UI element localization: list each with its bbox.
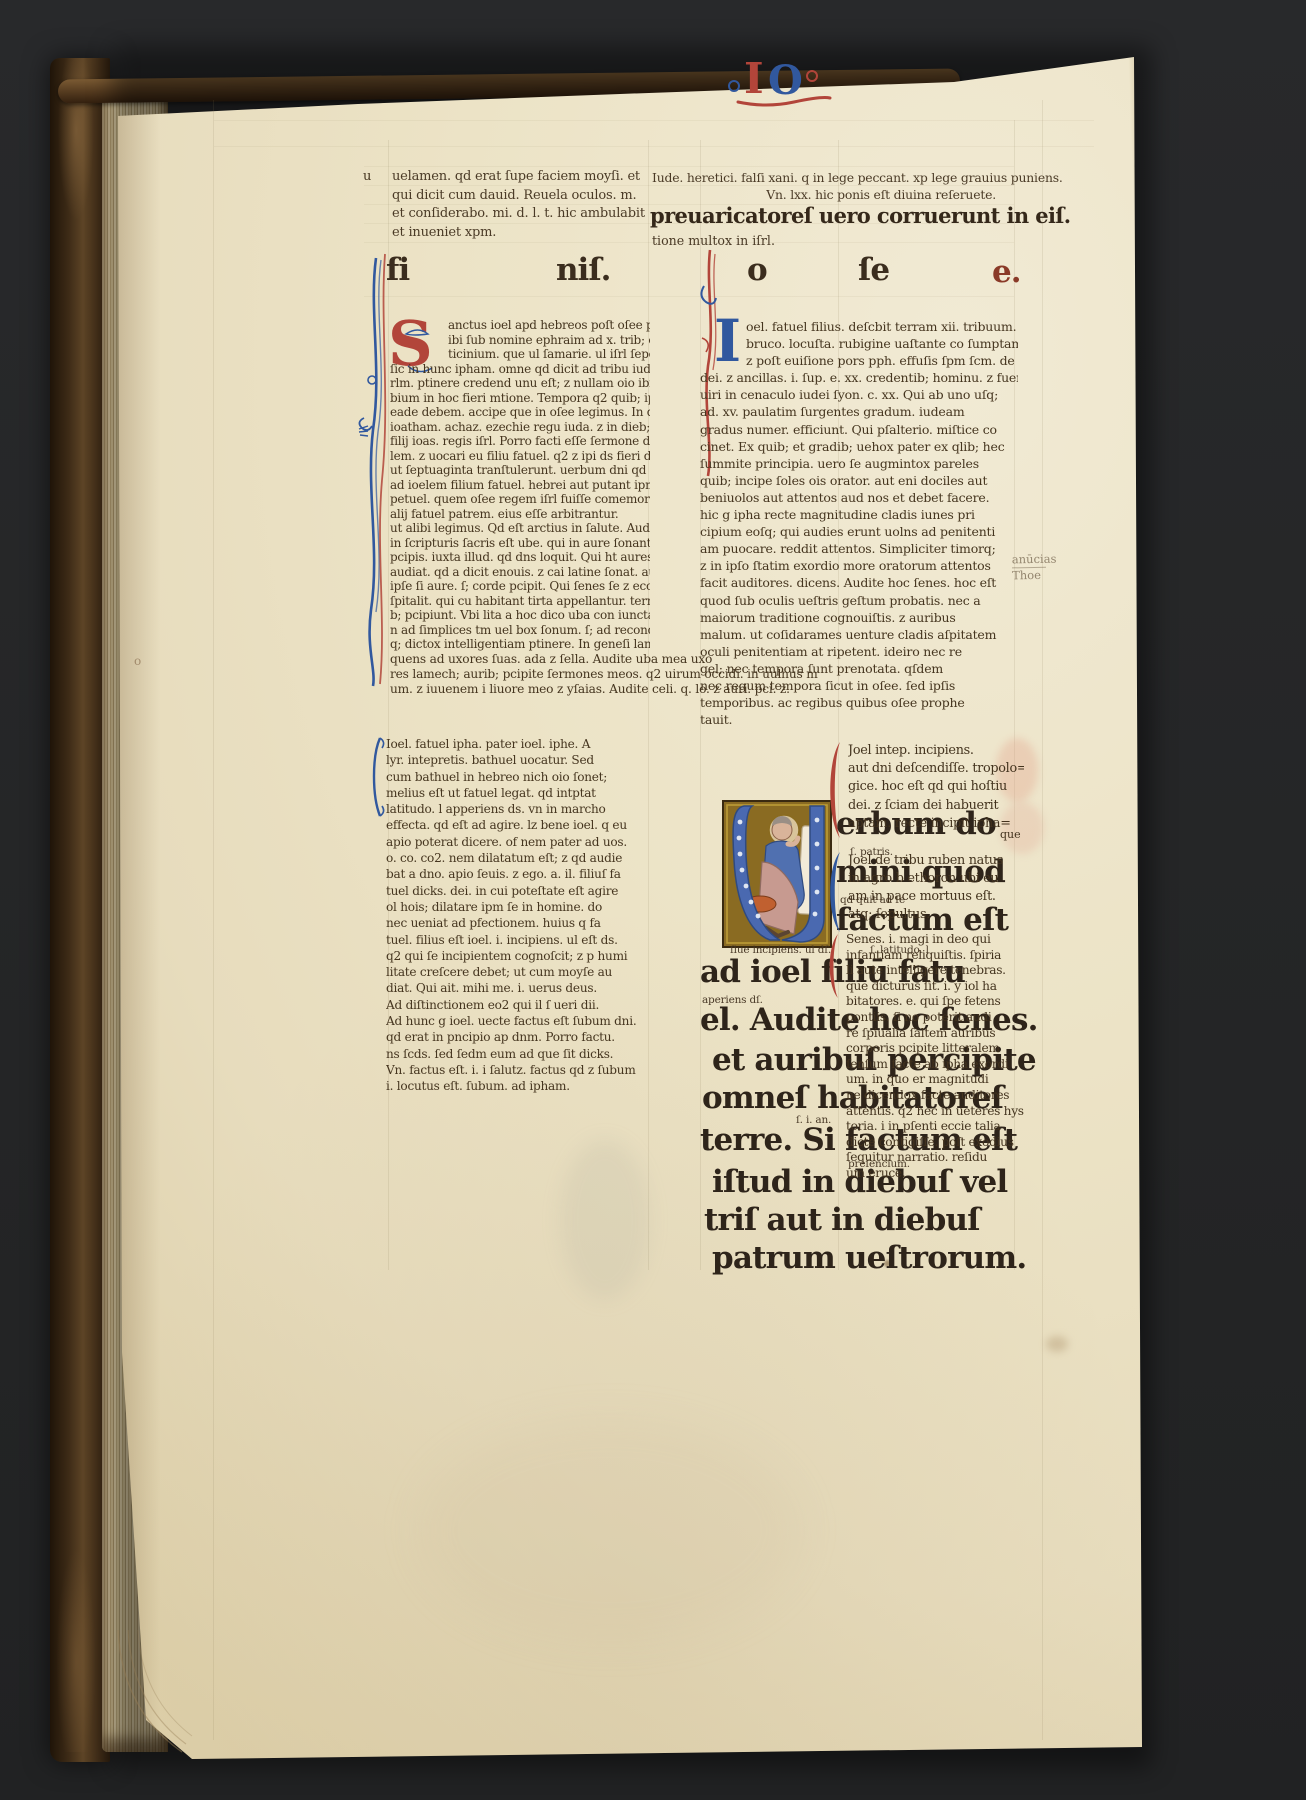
text-line: ticinium. que ul ſamarie. ul iſrl ſepe m…	[390, 347, 650, 362]
text-line: eade debem. accipe que in oſee legimus. …	[390, 405, 650, 420]
running-word-e: e.	[992, 254, 1021, 290]
text-line: ut ſeptuaginta tranſtulerunt. uerbum dni…	[390, 463, 650, 478]
text-line: in ſcripturis ſacris eſt ube. qui in aur…	[390, 536, 650, 551]
gloss-line: uelamen. qd erat ſupe faciem moyſi. et	[392, 168, 654, 187]
foxing-stain	[1046, 1336, 1068, 1352]
gloss-line: et conſiderabo. mi. d. l. t. hic ambulab…	[392, 205, 654, 224]
gloss-line: qui dicit cum dauid. Reuela oculos. m.	[392, 187, 654, 206]
text-line: bium in hoc fieri mtione. Tempora q2 qui…	[390, 391, 650, 406]
gloss-line: aut dni deſcendiſſe. tropolo=	[848, 760, 1024, 778]
gloss-line: Joel intep. incipiens.	[848, 742, 1024, 760]
gloss-line: li aute intelligere tenebras.	[846, 963, 1026, 979]
blue-paraph-flourish	[364, 736, 388, 820]
text-line: malum. ut coſidarames uenture cladis aſp…	[700, 626, 1018, 643]
margin-note-line: Thoe	[1012, 567, 1046, 584]
text-line: ſummite principia. uero ſe augmintox par…	[700, 455, 1018, 472]
text-line: ol hois; dilatare ipm ſe in homine. do	[386, 899, 638, 915]
lection-line: triſ aut in diebuſ	[704, 1202, 980, 1238]
text-line: quod ſub oculis ueſtris geſtum probatis.…	[700, 592, 1018, 609]
text-line: apio poterat dicere. of nem pater ad uos…	[386, 834, 638, 850]
gloss-tail: que	[1000, 828, 1021, 841]
folio-red-ring	[806, 70, 818, 82]
text-line: Ad diſtinctionem eo2 qui il ſ ueri dii.	[386, 997, 638, 1013]
gloss-line: ſequitur narratio. reſidu	[846, 1150, 1026, 1166]
text-line: n ad ſimplices tm uel box ſonum. ſ; ad r…	[390, 623, 650, 638]
running-word-nis: niſ.	[556, 252, 610, 288]
text-line: i. locutus eſt. ſubum. ad ipham.	[386, 1078, 638, 1094]
ruling-vertical	[213, 100, 214, 1740]
text-line: oel. fatuel filius. deſcbit terram xii. …	[700, 318, 1018, 335]
text-line: cipium eoſq; qui audies erunt uolns ad p…	[700, 523, 1018, 540]
gloss-block-senes: Senes. i. magi in deo quiinfantiam reliq…	[846, 932, 1026, 1182]
gloss-block-joel-interp: Joel intep. incipiens.aut dni deſcendiſſ…	[848, 742, 1024, 833]
gloss-line: um. in quo er magnitudi	[846, 1072, 1026, 1088]
text-line: dei. z ancillas. i. ſup. e. xx. credenti…	[700, 369, 1018, 386]
text-line: gradus numer. efficiunt. Qui pſalterio. …	[700, 421, 1018, 438]
text-line: o. co. co2. nem dilatatum eſt; z qd audi…	[386, 850, 638, 866]
gloss-line: in agro b ethoron ubi eu	[848, 870, 1024, 888]
text-line: cum bathuel in hebreo nich oio ſonet;	[386, 769, 638, 785]
leather-spine	[50, 58, 110, 1762]
gloss-line: corporis pcipite litteralem	[846, 1041, 1026, 1057]
gloss-line: bitatores. e. qui ſpe fetens	[846, 994, 1026, 1010]
gloss-line: gice. hoc eſt qd qui hoſtiu	[848, 778, 1024, 796]
ruling-vertical	[1042, 100, 1043, 1740]
gloss-line: que dicturus ſit. i. y iol ha	[846, 979, 1026, 995]
text-line: effecta. qd eſt ad agire. lz bene ioel. …	[386, 817, 638, 833]
text-line: ipſe ſi aure. ſ; corde pcipit. Qui ſenes…	[390, 579, 650, 594]
text-line: ad ioelem filium fatuel. hebrei aut puta…	[390, 478, 650, 493]
text-line: um. z iuuenem i liuore meo z yſaias. Aud…	[390, 682, 818, 697]
text-line: res lamech; aurib; pcipite ſermones meos…	[390, 667, 818, 682]
text-line: anctus ioel apd hebreos poſt oſee ponitu…	[390, 318, 650, 333]
top-gloss-right-line1: Iude. heretici. falſi xani. q in lege pe…	[652, 170, 996, 185]
hosea-end-column: anctus ioel apd hebreos poſt oſee ponitu…	[390, 318, 650, 652]
ruling-horizontal	[364, 166, 1014, 167]
ruling-horizontal	[214, 146, 1094, 147]
text-line: ibi ſub nomine ephraim ad x. trib; confe…	[390, 333, 650, 348]
text-line: q2 qui ſe incipientem cognoſcit; z p hum…	[386, 948, 638, 964]
showthrough-ghost	[560, 1140, 650, 1300]
text-line: rlm. ptinere credend unu eſt; z nullam o…	[390, 376, 650, 391]
text-line: ſpitalit. qui cu habitant tirta appellan…	[390, 594, 650, 609]
text-line: ns ſcds. ſed ſedm eum ad que ſit dicks.	[386, 1046, 638, 1062]
gloss-line: am in pace mortuus eſt.	[848, 888, 1024, 906]
running-word-se: ſe	[858, 252, 889, 288]
text-line: Ad hunc g ioel. uecte factus eſt ſubum d…	[386, 1013, 638, 1029]
left-margin-mark: o	[134, 654, 141, 668]
text-line: latitudo. l apperiens ds. vn in marcho	[386, 801, 638, 817]
text-line: pcipis. iuxta illud. qd dns loquit. Qui …	[390, 550, 650, 565]
text-line: q; dictox intelligentiam ptinere. In gen…	[390, 637, 650, 652]
text-line: b; pcipiunt. Vbi lita a hoc dico uba con…	[390, 608, 650, 623]
lemma-display-heading: preuaricatoreſ uero corruerunt in eiſ.	[650, 203, 1071, 228]
text-line: am puocare. reddit attentos. Simpliciter…	[700, 540, 1018, 557]
wide-gloss-lines: quens ad uxores ſuas. ada z ſella. Audit…	[390, 652, 818, 697]
running-word-o: o	[747, 252, 767, 288]
text-line: Ioel. fatuel ipha. pater ioel. iphe. A	[386, 736, 638, 752]
gloss-line: Joel de tribu ruben natus	[848, 852, 1024, 870]
manuscript-photograph: { "palette": { "red": "#b2453a", "blue":…	[0, 0, 1306, 1800]
text-line: bat a dno. apio ſeuis. z ego. a. il. fil…	[386, 866, 638, 882]
red-bracket	[822, 742, 844, 838]
ruling-vertical	[648, 140, 649, 1270]
gloss-block-joel-tribe: Joel de tribu ruben natusin agro b ethor…	[848, 852, 1024, 924]
text-line: audiat. qd a dicit enouis. z cai latine …	[390, 565, 650, 580]
commentary-column: Ioel. fatuel ipha. pater ioel. iphe. Aly…	[386, 736, 638, 1095]
top-gloss-left: uelamen. qd erat ſupe faciem moyſi. etqu…	[392, 168, 654, 242]
text-line: z in ipſo ſtatim exordio more oratorum a…	[700, 557, 1018, 574]
parchment-mottling	[420, 1420, 800, 1640]
gloss-line: ſenſum facte ab ipha exordi	[846, 1057, 1026, 1073]
quire-marker: u	[363, 170, 371, 185]
gloss-line: atq; ſepultus.	[848, 906, 1024, 924]
text-line: ad. xv. paulatim ſurgentes gradum. iudea…	[700, 403, 1018, 420]
text-line: maiorum traditione cognouiſtis. z auribu…	[700, 609, 1018, 626]
text-line: bruco. locuſta. rubigine uaſtante co ſum…	[700, 335, 1018, 352]
gloss-line: pontiis. ſi no poterit audi	[846, 1010, 1026, 1026]
cursive-margin-note: anūcias Thoe	[1012, 552, 1057, 584]
text-line: quens ad uxores ſuas. ada z ſella. Audit…	[390, 652, 818, 667]
text-line: ioatham. achaz. ezechie regu iuda. z in …	[390, 420, 650, 435]
text-line: uiri in cenaculo iudei ſyon. c. xx. Qui …	[700, 386, 1018, 403]
text-line: quib; incipe ſoles ois orator. aut eni d…	[700, 472, 1018, 489]
text-line: lyr. intepretis. bathuel uocatur. Sed	[386, 752, 638, 768]
text-line: z poſt euiſione pors pph. effuſis ſpm ſc…	[700, 352, 1018, 369]
folio-blue-ring	[728, 80, 740, 92]
text-line: cinet. Ex quib; et gradib; uehox pater e…	[700, 438, 1018, 455]
text-line: litate creſcere debet; ut cum moyſe au	[386, 964, 638, 980]
gloss-line: re ſpiualia ſaltem auribus	[846, 1026, 1026, 1042]
ruling-horizontal	[364, 296, 1014, 297]
text-line: ſic in hunc ipham. omne qd dicit ad trib…	[390, 362, 650, 377]
gloss-line: um eruce.	[846, 1166, 1026, 1182]
text-line: tuel. filius eſt ioel. i. incipiens. ul …	[386, 932, 638, 948]
text-line: beniuolos aut attentos aud nos et debet …	[700, 489, 1018, 506]
text-line: petuel. quem oſee regem iſrl fuiſſe come…	[390, 492, 650, 507]
text-line: alij fatuel patrem. eius eſſe arbitrantu…	[390, 507, 650, 522]
text-line: qd erat in pncipio ap dnm. Porro factu.	[386, 1029, 638, 1045]
folio-red-swash	[736, 92, 832, 110]
top-gloss-right-line2: Vn. lxx. hic ponis eſt diuina reſeruete.	[652, 187, 996, 202]
gloss-line: toria. i in pſenti eccie talia	[846, 1119, 1026, 1135]
gloss-line: dicte contigiſſe. poſt exodius	[846, 1135, 1026, 1151]
text-line: ut alibi legimus. Qd eſt arctius in ſalu…	[390, 521, 650, 536]
gloss-line: Senes. i. magi in deo qui	[846, 932, 1026, 948]
text-line: tauit.	[700, 711, 1018, 728]
page-corner-curves	[112, 1630, 242, 1760]
blue-bracket	[822, 852, 844, 932]
gloss-line: ne dicendox facte auditores	[846, 1088, 1026, 1104]
text-line: diat. Qui ait. mihi me. i. uerus deus.	[386, 980, 638, 996]
text-line: hic g ipha recte magnitudine cladis iune…	[700, 506, 1018, 523]
red-bracket-small	[822, 934, 842, 998]
text-line: facit auditores. dicens. Audite hoc ſene…	[700, 574, 1018, 591]
text-line: nec ueniat ad pfectionem. huius q fa	[386, 915, 638, 931]
text-line: lem. z uocari eu filiu fatuel. q2 z ipi …	[390, 449, 650, 464]
gloss-line: attentis. q2 hec in ueteres hys	[846, 1104, 1026, 1120]
gloss-line: infantiam reliquiſtis. ſpiria	[846, 948, 1026, 964]
ruling-horizontal	[214, 120, 1094, 121]
gloss-line: dei. z ſciam dei habuerit	[848, 797, 1024, 815]
text-line: filij ioas. regis iſrl. Porro facti eſſe…	[390, 434, 650, 449]
lection-line: patrum ueſtrorum.	[712, 1240, 1026, 1276]
historiated-initial-joel	[722, 800, 832, 948]
margin-note-line: anūcias	[1012, 552, 1057, 568]
text-line: melius eſt ut fatuel legat. qd intptat	[386, 785, 638, 801]
text-line: tuel dicks. dei. in cui poteſtate eſt ag…	[386, 883, 638, 899]
text-line: Vn. factus eſt. i. i ſalutz. factus qd z…	[386, 1062, 638, 1078]
gloss-line: et inueniet xpm.	[392, 224, 654, 243]
gloss-line: aptam. recte incipit ipha=	[848, 815, 1024, 833]
